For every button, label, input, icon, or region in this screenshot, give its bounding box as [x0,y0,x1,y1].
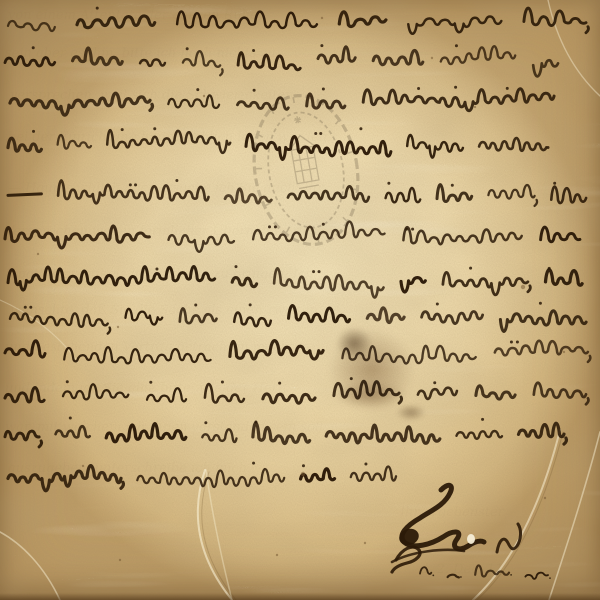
handwriting-line: und bestehenden Vertrag betrachten möcht… [5,340,314,355]
handwriting-line: war, mit welchem ich Ihnen verstanden se… [5,420,327,435]
signature-text: Ihr ergebenster [400,505,504,520]
handwriting-line: Versprechen wegen förmlicher Übernahme d… [5,224,317,239]
handwriting-line: auszugeben, unterschreibe ich mich [8,461,247,476]
handwriting-line: von einem Attentate der ganzen Ruhe, [8,8,262,23]
handwriting-line: versprechen, weil sich die Schwierigkeit… [10,88,294,103]
letter-page: von einem Attentate der ganzen Ruhe, sei… [0,0,600,600]
handwriting-line: Apothekerartikels in Erfüllung zu bringe… [8,267,314,282]
dateline-text: d. 2. Dec. 11. [420,562,507,577]
handwriting-line: sein aber es ihm, bitte ich noch nichts … [5,46,276,61]
handwriting-line: — Hauptsächlich aber ersuche ich Sie auc… [8,181,323,196]
handwriting-line: wünschte, daß Sie die Sache als einen zw… [10,303,318,318]
handwriting-line: bei der Einrichtung hauptsächlich legen … [8,130,331,145]
handwriting-line: und indem ich Sie eine bitte, wie der He… [5,381,287,396]
